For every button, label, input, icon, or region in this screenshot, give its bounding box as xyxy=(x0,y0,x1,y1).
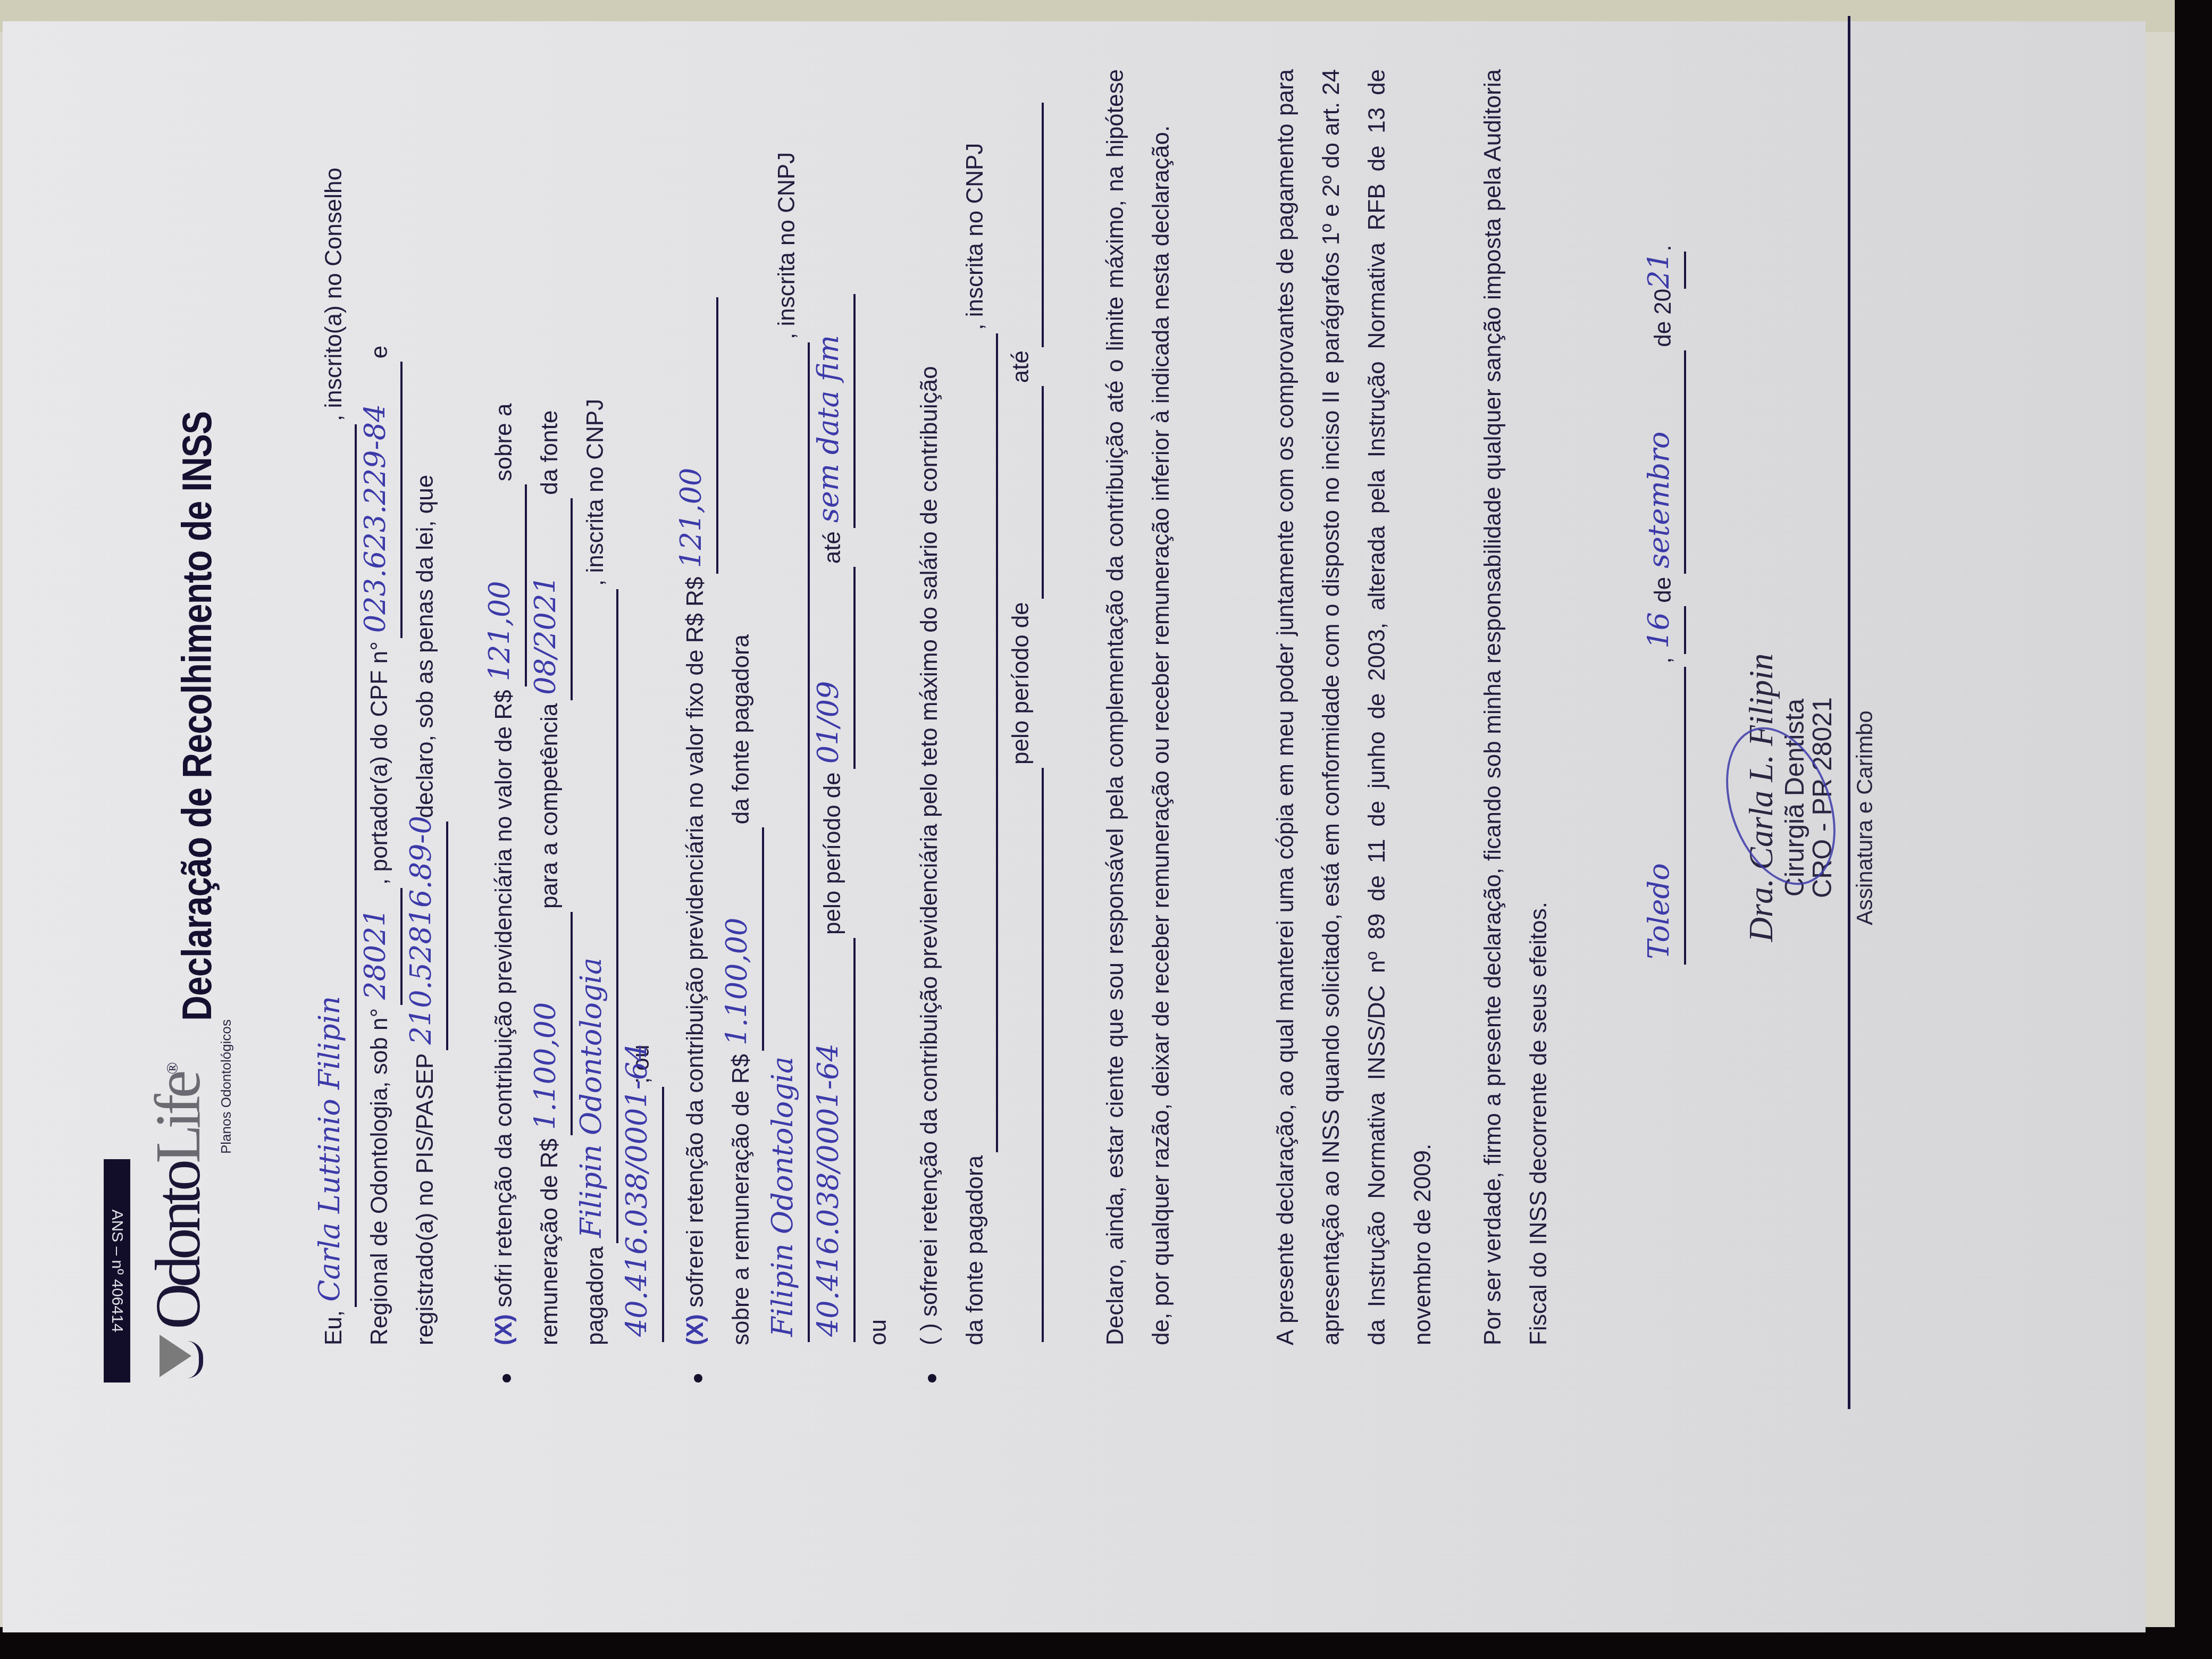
option-3-period-to-field[interactable] xyxy=(1004,103,1044,347)
date-line: Toledo, 16 de setembro de 2021. xyxy=(1640,64,1686,968)
option-3-checkbox[interactable]: ( ) xyxy=(907,1323,952,1345)
cpf-field[interactable]: 023.623.229-84 xyxy=(363,362,403,638)
option-2-amount-field[interactable]: 121,00 xyxy=(679,297,718,574)
bullet-icon xyxy=(694,1374,702,1382)
day-field[interactable]: 16 xyxy=(1647,606,1686,654)
option-2-checkbox[interactable]: (X) xyxy=(673,1314,718,1345)
year-field[interactable]: 21 xyxy=(1647,252,1686,289)
option-2: (X) sofrerei retenção da contribuição pr… xyxy=(673,69,901,1345)
option-2-cnpj-field[interactable]: 40.416.038/0001-64 xyxy=(816,938,856,1342)
bullet-icon xyxy=(502,1374,511,1382)
option-1-checkbox[interactable]: (X) xyxy=(481,1314,527,1345)
paragraph-por-ser-verdade: Por ser verdade, firmo a presente declar… xyxy=(1470,69,1562,1345)
option-3-period-from-field[interactable] xyxy=(1004,386,1044,599)
option-3-payer-field[interactable] xyxy=(959,333,998,1152)
option-2-period-to-field[interactable]: sem data fim xyxy=(816,294,856,528)
paragraph-declaro-ainda: Declaro, ainda, estar ciente que sou res… xyxy=(1093,69,1184,1345)
cro-number-field[interactable]: 28021 xyxy=(363,888,403,1005)
option-1-amount-field[interactable]: 121,00 xyxy=(488,484,527,686)
page-title: Declaração de Recolhimento de INSS xyxy=(173,412,221,1021)
option-2-remuneration-field[interactable]: 1.100,00 xyxy=(725,827,764,1051)
intro-paragraph: Eu, Carla Luttinio Filipin , inscrito(a)… xyxy=(311,69,448,1345)
signature-caption: Assinatura e Carimbo xyxy=(1852,710,1878,925)
option-2-payer-field[interactable]: Filipin Odontologia xyxy=(770,342,810,1342)
option-1: (X) sofri retenção da contribuição previ… xyxy=(481,69,664,1345)
name-field[interactable]: Carla Luttinio Filipin xyxy=(317,424,357,1307)
ans-badge: ANS – nº 406414 xyxy=(104,1159,130,1382)
logo-wordmark: OdontoLife® xyxy=(141,1066,215,1329)
document-rotated: ANS – nº 406414 OdontoLife® Planos Odont… xyxy=(0,0,2212,1643)
tooth-logo-icon xyxy=(154,1335,202,1382)
option-1-cnpj-field[interactable]: 40.416.038/0001-64 xyxy=(625,1087,664,1342)
option-1-payer-field[interactable]: Filipin Odontologia xyxy=(579,589,618,1243)
option-2-period-from-field[interactable]: 01/09 xyxy=(816,567,856,769)
signature-line[interactable] xyxy=(1848,16,1850,1409)
document-page: ANS – nº 406414 OdontoLife® Planos Odont… xyxy=(3,21,2146,1632)
option-3: ( ) sofrerei retenção da contribuição pr… xyxy=(907,69,1044,1345)
option-3-cnpj-field[interactable] xyxy=(1004,768,1044,1342)
option-1-remuneration-field[interactable]: 1.100,00 xyxy=(533,912,573,1135)
month-field[interactable]: setembro xyxy=(1647,350,1686,574)
city-field[interactable]: Toledo xyxy=(1647,667,1686,965)
eu-label: Eu, xyxy=(311,1310,357,1345)
bullet-icon xyxy=(928,1374,936,1382)
pis-pasep-field[interactable]: 210.52816.89-0 xyxy=(409,822,448,1050)
option-1-competence-field[interactable]: 08/2021 xyxy=(533,498,573,700)
paragraph-presente-declaracao: A presente declaração, ao qual manterei … xyxy=(1263,69,1446,1345)
